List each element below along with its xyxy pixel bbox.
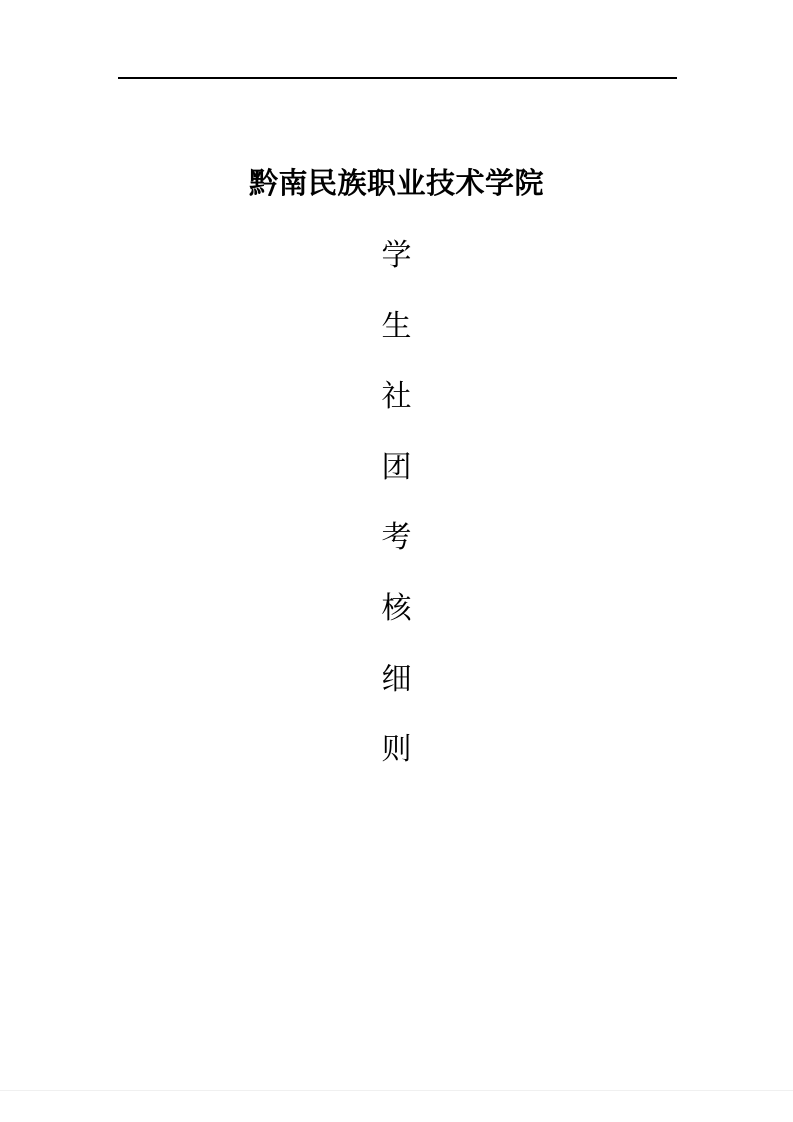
- vertical-title-char: 社: [0, 382, 793, 453]
- vertical-title-char: 生: [0, 312, 793, 383]
- vertical-title-char: 则: [0, 735, 793, 806]
- vertical-title-char: 团: [0, 453, 793, 524]
- document-page: 黔南民族职业技术学院 学 生 社 团 考 核 细 则: [0, 0, 793, 1122]
- vertical-title-char: 细: [0, 665, 793, 736]
- vertical-title-char: 学: [0, 241, 793, 312]
- vertical-title-char: 核: [0, 594, 793, 665]
- vertical-title: 学 生 社 团 考 核 细 则: [0, 241, 793, 806]
- document-title: 黔南民族职业技术学院: [0, 170, 793, 199]
- vertical-title-char: 考: [0, 523, 793, 594]
- header-rule: [118, 77, 677, 79]
- footer-rule: [0, 1090, 793, 1091]
